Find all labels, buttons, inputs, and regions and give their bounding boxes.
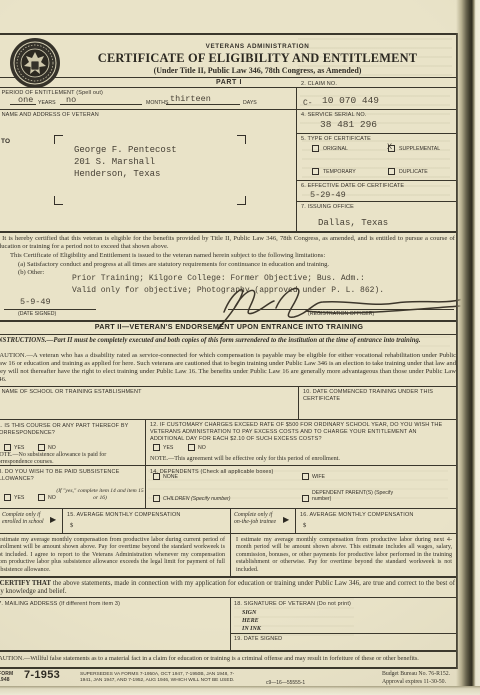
checkbox-temporary[interactable] — [312, 168, 319, 175]
arrow-right-icon: ▶ — [283, 515, 289, 524]
item9-value-field[interactable] — [2, 398, 292, 416]
item14-wife-label: WIFE — [312, 474, 325, 480]
item8-paragraph: 8. It is hereby certified that this vete… — [0, 235, 455, 251]
address-bracket — [237, 196, 246, 205]
item3-label: 3. NAME AND ADDRESS OF VETERAN — [0, 112, 195, 119]
item13-label: 13. DO YOU WISH TO BE PAID SUBSISTENCE A… — [0, 469, 145, 483]
item14-dependent-parents-label: DEPENDENT PARENT(S) (Specify number) — [312, 490, 407, 502]
date-signed-line[interactable] — [4, 309, 96, 310]
item12-no-label: NO — [198, 445, 206, 451]
rule — [296, 133, 458, 134]
item16-label: 16. AVERAGE MONTHLY COMPENSATION — [300, 512, 456, 519]
rule — [0, 597, 458, 598]
item14-children-checkbox[interactable] — [153, 495, 160, 502]
item15-value-field[interactable] — [80, 519, 220, 531]
veteran-city: Henderson, Texas — [74, 169, 160, 179]
scan-edge-shadow — [456, 0, 480, 695]
checkbox-duplicate[interactable] — [388, 168, 395, 175]
item11-yes-label: YES — [14, 445, 24, 451]
certify-statement: I CERTIFY THAT the above statements, mad… — [0, 580, 455, 597]
item15-currency: $ — [70, 522, 73, 530]
address-bracket — [54, 196, 63, 205]
item11-note: NOTE.—No subsistence allowance is paid f… — [0, 452, 140, 467]
write-line — [10, 104, 36, 105]
agency-name: VETERANS ADMINISTRATION — [150, 43, 365, 51]
item3-to-marker: TO — [1, 138, 10, 146]
item1-years-unit: YEARS — [38, 100, 56, 106]
item5-label: 5. TYPE OF CERTIFICATE — [301, 136, 371, 143]
form-title: CERTIFICATE OF ELIGIBILITY AND ENTITLEME… — [95, 51, 420, 66]
certify-lead: I CERTIFY THAT — [0, 580, 51, 587]
item15-side-note: Complete only if enrolled in school — [2, 512, 50, 526]
supersedes-note: SUPERSEDES VA FORMS 7-1950A, OCT 1947, 7… — [80, 672, 245, 684]
item16-side-note: Complete only if on-the-job trainee — [234, 512, 280, 526]
veteran-street: 201 S. Marshall — [74, 157, 155, 167]
rule — [0, 334, 458, 335]
write-line — [166, 104, 240, 105]
item12-yes-label: YES — [163, 445, 173, 451]
item12-note: NOTE.—This agreement will be effective o… — [150, 455, 450, 463]
checkbox-duplicate-label: DUPLICATE — [399, 169, 428, 175]
rule — [0, 87, 458, 88]
school-estimate-paragraph: I estimate my average monthly compensati… — [0, 537, 225, 574]
column-divider — [62, 508, 63, 533]
item11-no-label: NO — [48, 445, 56, 451]
checkbox-supplemental-mark: X — [387, 142, 392, 152]
sign-here-in-ink-note: SIGN HERE IN INK — [242, 610, 261, 633]
veteran-signature-field[interactable] — [300, 608, 450, 632]
part1-heading: PART I — [0, 79, 458, 86]
item4-value: 38 481 296 — [320, 119, 377, 130]
item8-limitation-a: (a) Satisfactory conduct and progress at… — [18, 261, 448, 269]
item14-none-checkbox[interactable] — [153, 473, 160, 480]
item18-label: 18. SIGNATURE OF VETERAN (Do not print) — [234, 601, 456, 608]
scanned-form-page: VETERANS ADMINISTRATION CERTIFICATE OF E… — [0, 0, 480, 695]
rule — [296, 201, 458, 202]
item13-yes-label: YES — [14, 495, 24, 501]
rule-heavy — [0, 231, 458, 233]
item7-label: 7. ISSUING OFFICE — [301, 204, 354, 211]
write-line — [60, 104, 142, 105]
column-divider — [298, 386, 299, 419]
item7-value: Dallas, Texas — [318, 218, 388, 228]
column-divider — [295, 508, 296, 533]
rule — [0, 419, 458, 420]
item19-label: 19. DATE SIGNED — [234, 636, 384, 643]
scan-edge-bottom — [0, 686, 480, 695]
item4-label: 4. SERVICE SERIAL NO. — [301, 112, 367, 119]
item14-none-label: NONE — [163, 474, 178, 480]
item12-label: 12. IF CUSTOMARY CHARGES EXCEED RATE OF … — [150, 422, 452, 443]
item6-label: 6. EFFECTIVE DATE OF CERTIFICATE — [301, 183, 404, 190]
item9-label: 9. NAME OF SCHOOL OR TRAINING ESTABLISHM… — [0, 389, 285, 396]
checkbox-supplemental-label: SUPPLEMENTAL — [399, 146, 440, 152]
part2-heading: PART II—VETERAN'S ENDORSEMENT UPON ENTRA… — [0, 322, 458, 331]
outer-border-top — [0, 33, 458, 35]
arrow-right-icon: ▶ — [50, 515, 56, 524]
rule — [0, 386, 458, 387]
item11-no-checkbox[interactable] — [38, 444, 45, 451]
item13-yes-checkbox[interactable] — [4, 494, 11, 501]
checkbox-original[interactable] — [312, 145, 319, 152]
veteran-name: George F. Pentecost — [74, 145, 177, 155]
item13-no-checkbox[interactable] — [38, 494, 45, 501]
item10-value-field[interactable] — [303, 398, 453, 416]
item8-limitations-intro: This Certificate of Eligibility and Enti… — [10, 252, 450, 260]
item14-dependent-parents-checkbox[interactable] — [302, 495, 309, 502]
rule — [296, 180, 458, 181]
form-number: 7-1953 — [24, 669, 60, 681]
job-estimate-paragraph: I estimate my average monthly compensati… — [236, 537, 452, 574]
item12-yes-checkbox[interactable] — [153, 444, 160, 451]
rule — [230, 633, 458, 634]
item6-value: 5-29-49 — [310, 190, 346, 200]
item1-days-value: thirteen — [170, 94, 211, 104]
column-divider — [296, 87, 297, 231]
item13-no-label: NO — [48, 495, 56, 501]
item2-prefix: C- — [303, 99, 313, 108]
item15-label: 15. AVERAGE MONTHLY COMPENSATION — [67, 512, 227, 519]
rule — [0, 533, 458, 534]
rule — [0, 508, 458, 509]
column-divider — [145, 419, 146, 508]
item17-value-field[interactable] — [2, 610, 222, 645]
part2-caution: CAUTION.—A veteran who has a disability … — [0, 352, 456, 384]
form-id-block: FORM 1948 — [0, 671, 13, 683]
address-bracket — [237, 135, 246, 144]
rule-heavy — [0, 576, 458, 578]
item1-days-unit: DAYS — [243, 100, 257, 106]
date-signed-label: (DATE SIGNED) — [18, 311, 56, 317]
rule — [0, 109, 458, 110]
budget-bureau-block: Budget Bureau No. 76-R152. Approval expi… — [382, 671, 458, 686]
item17-label: 17. MAILING ADDRESS (If different from i… — [0, 601, 225, 608]
address-bracket — [54, 135, 63, 144]
item16-currency: $ — [303, 522, 306, 530]
part2-instructions: INSTRUCTIONS.—Part II must be completely… — [0, 337, 456, 345]
outer-border-bottom — [0, 667, 458, 669]
checkbox-original-label: ORIGINAL — [323, 146, 348, 152]
item8-limitation-b-label: (b) Other: — [18, 269, 44, 277]
certify-rest: the above statements, made in connection… — [0, 580, 455, 595]
checkbox-temporary-label: TEMPORARY — [323, 169, 356, 175]
item11-label: 11. IS THIS COURSE OR ANY PART THEREOF B… — [0, 423, 141, 437]
item2-value: 10 070 449 — [322, 95, 379, 106]
item16-value-field[interactable] — [313, 519, 443, 531]
column-divider — [230, 508, 231, 576]
date-signed-value: 5-9-49 — [20, 297, 51, 307]
item2-label: 2. CLAIM NO. — [301, 81, 337, 88]
rule-heavy — [0, 650, 458, 652]
column-divider — [230, 597, 231, 650]
item19-value-field[interactable] — [234, 643, 449, 649]
item14-children-label: CHILDREN (Specify number) — [163, 496, 230, 502]
item14-label: 14. DEPENDENTS (Check all applicable box… — [150, 469, 450, 476]
item14-wife-checkbox[interactable] — [302, 473, 309, 480]
item12-no-checkbox[interactable] — [188, 444, 195, 451]
form-subtitle: (Under Title II, Public Law 346, 78th Co… — [115, 66, 400, 76]
footer-caution: CAUTION.—Willful false statements as to … — [0, 655, 456, 663]
item11-yes-checkbox[interactable] — [4, 444, 11, 451]
item13-hint: (If "yes," complete item 14 and item 15 … — [56, 488, 144, 502]
